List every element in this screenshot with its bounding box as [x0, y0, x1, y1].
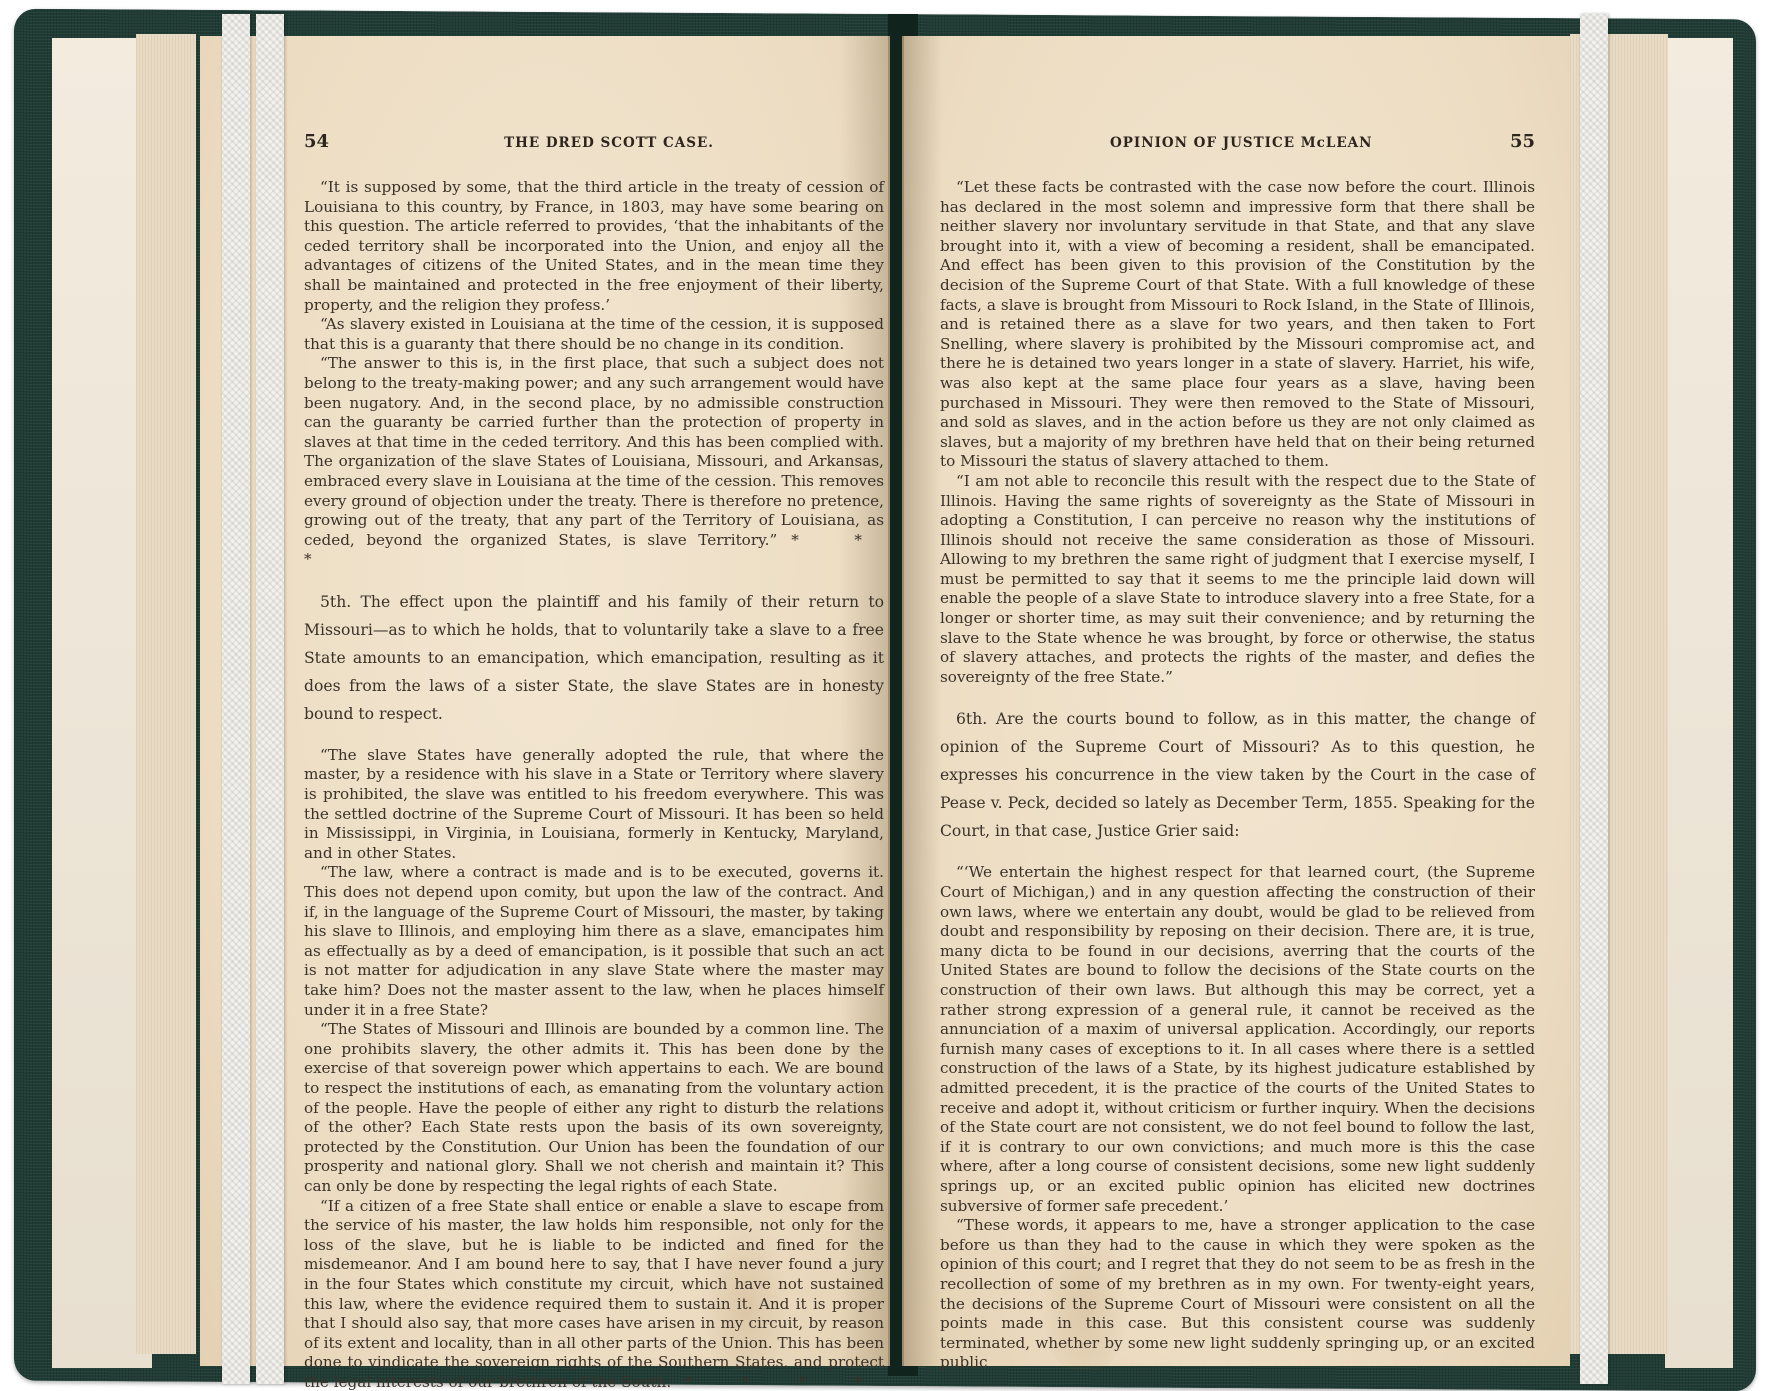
paragraph: “If a citizen of a free State shall enti…	[304, 1197, 884, 1391]
left-page-block-edges	[136, 34, 196, 1354]
paragraph: “The States of Missouri and Illinois are…	[304, 1020, 884, 1196]
paragraph: “It is supposed by some, that the third …	[304, 178, 884, 315]
right-page-text: OPINION OF JUSTICE McLEAN 55 “Let these …	[940, 132, 1535, 1373]
paragraph: “The slave States have generally adopted…	[304, 746, 884, 864]
left-page-text: 54 THE DRED SCOTT CASE. “It is supposed …	[304, 132, 884, 1391]
ribbon-bookmark-left-1	[222, 14, 250, 1384]
left-running-head: 54 THE DRED SCOTT CASE.	[304, 132, 884, 156]
paragraph: “The answer to this is, in the first pla…	[304, 354, 884, 570]
page-number-left: 54	[304, 132, 329, 152]
ellipsis-stars: * * * *	[685, 1373, 884, 1391]
paragraph: “These words, it appears to me, have a s…	[940, 1216, 1535, 1373]
section-paragraph-5th: 5th. The effect upon the plaintiff and h…	[304, 588, 884, 728]
right-running-head: OPINION OF JUSTICE McLEAN 55	[940, 132, 1535, 156]
paragraph: “As slavery existed in Louisiana at the …	[304, 315, 884, 354]
gutter-shadow-right	[902, 36, 942, 1366]
right-endpaper	[1665, 38, 1733, 1368]
running-head-title-left: THE DRED SCOTT CASE.	[504, 134, 714, 154]
section-paragraph-6th: 6th. Are the courts bound to follow, as …	[940, 705, 1535, 845]
ribbon-bookmark-right	[1580, 14, 1608, 1384]
running-head-title-right: OPINION OF JUSTICE McLEAN	[1110, 134, 1373, 154]
paragraph: “The law, where a contract is made and i…	[304, 863, 884, 1020]
paragraph: “Let these facts be contrasted with the …	[940, 178, 1535, 472]
page-number-right: 55	[1510, 132, 1535, 152]
paragraph: “‘We entertain the highest respect for t…	[940, 863, 1535, 1216]
ribbon-bookmark-left-2	[256, 14, 284, 1384]
paragraph: “I am not able to reconcile this result …	[940, 472, 1535, 688]
